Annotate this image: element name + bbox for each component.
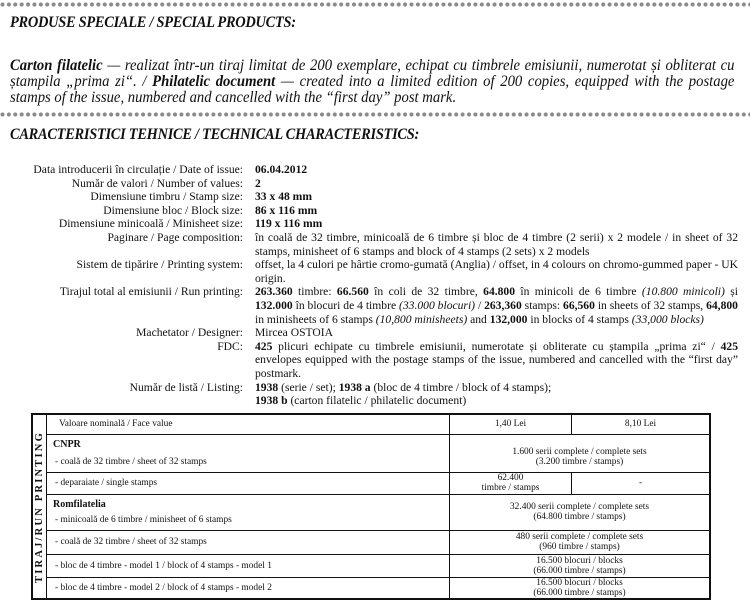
romfilatelia-mini-value: 32.400 serii complete / complete sets(64… [450, 494, 711, 530]
spec-value-text: 06.04.2012 [255, 163, 307, 176]
spec-label: Dimensiune bloc / Block size: [0, 204, 243, 218]
spec-date-of-issue: Data introducerii în circulație / Date o… [0, 163, 750, 177]
cell-line: 32.400 serii complete / complete sets [450, 502, 709, 512]
row-label: - minicoală de 6 timbre / minisheet of 6… [53, 515, 449, 525]
romfilatelia-block2-label: - bloc de 4 timbre - model 2 / block of … [47, 577, 450, 599]
table-row-romfilatelia-minisheet: Romfilatelia- minicoală de 6 timbre / mi… [32, 494, 710, 530]
spec-label: Machetator / Designer: [0, 326, 243, 340]
run-text: în blocuri de 4 timbre [293, 299, 399, 312]
spec-label: Paginare / Page composition: [0, 231, 243, 258]
table-row-romfilatelia-sheet: - coală de 32 timbre / sheet of 32 stamp… [32, 530, 710, 554]
cell-line: (64.800 timbre / stamps) [450, 512, 709, 522]
spec-value: 86 x 116 mm [255, 204, 738, 218]
run-text: in sheets of 32 stamps, [595, 299, 706, 312]
special-products-description: Carton filatelic — realizat într-un tira… [10, 58, 734, 106]
spec-value: Mircea OSTOIA [255, 326, 738, 340]
spec-label: Dimensiune minicoală / Minisheet size: [0, 217, 243, 231]
run-mini-count-en: (10,800 minisheets) [376, 313, 467, 326]
run-blocks-count-en: (33,000 blocks) [632, 313, 704, 326]
listing-number: 1938 [255, 381, 278, 394]
run-sheets-ro: 66.560 [337, 285, 369, 298]
run-text: in minisheets of 6 stamps [255, 313, 376, 326]
listing-number: 1938 a [339, 381, 371, 394]
spec-label: Număr de valori / Number of values: [0, 177, 243, 191]
technical-title: CARACTERISTICI TEHNICE / TECHNICAL CHARA… [10, 126, 419, 144]
special-products-title: PRODUSE SPECIALE / SPECIAL PRODUCTS: [10, 14, 296, 32]
spec-value: 119 x 116 mm [255, 217, 738, 231]
fdc-text: plicuri echipate cu timbrele emisiunii, … [272, 340, 720, 353]
cnpr-sheet-value: 1.600 serii complete / complete sets(3.2… [450, 434, 711, 472]
group-cnpr: CNPR [53, 440, 449, 450]
group-romfilatelia: Romfilatelia [53, 500, 449, 510]
side-label-cell: TIRAJ/RUN PRINTING [32, 414, 47, 599]
face-value-2: 8,10 Lei [572, 414, 711, 434]
cell-line: (66.000 timbre / stamps) [450, 566, 709, 576]
romfilatelia-mini-label: Romfilatelia- minicoală de 6 timbre / mi… [47, 494, 450, 530]
cell-line: 1.600 serii complete / complete sets [450, 447, 709, 457]
spec-printing-system: Sistem de tipărire / Printing system: of… [0, 258, 750, 285]
spec-fdc: FDC: 425 plicuri echipate cu timbrele em… [0, 340, 750, 381]
face-value-label: Valoare nominală / Face value [47, 414, 450, 434]
spec-block-size: Dimensiune bloc / Block size: 86 x 116 m… [0, 204, 750, 218]
cell-line: timbre / stamps [450, 483, 571, 493]
fdc-count-en: 425 [721, 340, 738, 353]
spec-value-text: 2 [255, 177, 261, 190]
spec-number-of-values: Număr de valori / Number of values: 2 [0, 177, 750, 191]
cell-line: (960 timbre / stamps) [450, 542, 709, 552]
spec-value: 263.360 timbre: 66.560 în coli de 32 tim… [255, 285, 738, 326]
romfilatelia-sheet-value: 480 serii complete / complete sets(960 t… [450, 530, 711, 554]
row-label: - coală de 32 timbre / sheet of 32 stamp… [53, 537, 449, 547]
run-blocks-ro: 132.000 [255, 299, 293, 312]
spec-value-text: 119 x 116 mm [255, 217, 322, 230]
romfilatelia-block1-label: - bloc de 4 timbre - model 1 / block of … [47, 554, 450, 577]
cnpr-sheet-label: CNPR- coală de 32 timbre / sheet of 32 s… [47, 434, 450, 472]
face-value-1: 1,40 Lei [450, 414, 572, 434]
spec-value: 2 [255, 177, 738, 191]
face-value-label-text: Valoare nominală / Face value [53, 419, 173, 429]
listing-number: 1938 b [255, 394, 288, 407]
table-row-romfilatelia-block2: - bloc de 4 timbre - model 2 / block of … [32, 577, 710, 599]
run-total-en: 263,360 [484, 299, 522, 312]
listing-text: (serie / set); [278, 381, 339, 394]
run-text: timbre: [293, 285, 337, 298]
spec-value: 06.04.2012 [255, 163, 738, 177]
spec-value-text: 86 x 116 mm [255, 204, 317, 217]
run-text: / [475, 299, 484, 312]
table-row-cnpr-single: - deparaiate / single stamps 62.400timbr… [32, 472, 710, 494]
romfilatelia-block1-value: 16.500 blocuri / blocks(66.000 timbre / … [450, 554, 711, 577]
spec-label: FDC: [0, 340, 243, 381]
spec-label: Data introducerii în circulație / Date o… [0, 163, 243, 177]
fdc-count-ro: 425 [255, 340, 272, 353]
spec-value: offset, la 4 culori pe hârtie cromo-guma… [255, 258, 738, 285]
listing-text: (bloc de 4 timbre / block of 4 stamps); [371, 381, 552, 394]
cell-line: 16.500 blocuri / blocks [450, 556, 709, 566]
run-mini-en: 64,800 [706, 299, 738, 312]
cell-line: 480 serii complete / complete sets [450, 532, 709, 542]
run-sheets-en: 66,560 [563, 299, 595, 312]
side-label: TIRAJ/RUN PRINTING [35, 431, 45, 583]
run-mini-ro: 64.800 [483, 285, 515, 298]
table-row-cnpr-sheet: CNPR- coală de 32 timbre / sheet of 32 s… [32, 434, 710, 472]
row-label: - bloc de 4 timbre - model 1 / block of … [53, 561, 449, 571]
run-blocks-count-ro: (33.000 blocuri) [399, 299, 475, 312]
spec-page-composition: Paginare / Page composition: în coală de… [0, 231, 750, 258]
run-blocks-en: 132,000 [490, 313, 528, 326]
run-text: and [467, 313, 490, 326]
spec-value: 425 plicuri echipate cu timbrele emisiun… [255, 340, 738, 381]
table-row-face-value: TIRAJ/RUN PRINTING Valoare nominală / Fa… [32, 414, 710, 434]
dotted-divider-top [0, 2, 750, 7]
cell-line: (3.200 timbre / stamps) [450, 457, 709, 467]
cell-line: (66.000 timbre / stamps) [450, 588, 709, 598]
run-text: în minicoli de 6 timbre [515, 285, 642, 298]
cell-line: 16.500 blocuri / blocks [450, 578, 709, 588]
spec-label: Tirajul total al emisiunii / Run printin… [0, 285, 243, 326]
run-text: și [725, 285, 738, 298]
fdc-text: envelopes equipped with the postage stam… [255, 353, 738, 380]
run-mini-count-ro: (10.800 minicoli) [642, 285, 725, 298]
run-text: în coli de 32 timbre, [369, 285, 483, 298]
listing-text: (carton filatelic / philatelic document) [288, 394, 467, 407]
cnpr-single-label: - deparaiate / single stamps [47, 472, 450, 494]
spec-label: Dimensiune timbru / Stamp size: [0, 190, 243, 204]
spec-run-printing: Tirajul total al emisiunii / Run printin… [0, 285, 750, 326]
run-text: stamps: [522, 299, 563, 312]
spec-designer: Machetator / Designer: Mircea OSTOIA [0, 326, 750, 340]
cell-line: 62.400 [450, 473, 571, 483]
row-label: - coală de 32 timbre / sheet of 32 stamp… [53, 457, 449, 467]
spec-label: Număr de listă / Listing: [0, 381, 243, 408]
cnpr-single-value-2: - [572, 472, 711, 494]
row-label: - deparaiate / single stamps [53, 478, 449, 488]
romfilatelia-sheet-label: - coală de 32 timbre / sheet of 32 stamp… [47, 530, 450, 554]
run-text: in blocks of 4 stamps [527, 313, 631, 326]
dotted-divider-middle [0, 112, 750, 117]
run-total-ro: 263.360 [255, 285, 293, 298]
row-label: - bloc de 4 timbre - model 2 / block of … [53, 583, 449, 593]
spec-value: 1938 (serie / set); 1938 a (bloc de 4 ti… [255, 381, 738, 408]
run-printing-table: TIRAJ/RUN PRINTING Valoare nominală / Fa… [31, 413, 711, 600]
romfilatelia-block2-value: 16.500 blocuri / blocks(66.000 timbre / … [450, 577, 711, 599]
spec-listing: Număr de listă / Listing: 1938 (serie / … [0, 381, 750, 408]
spec-value: 33 x 48 mm [255, 190, 738, 204]
carton-label-en: Philatelic document [152, 73, 275, 90]
table-row-romfilatelia-block1: - bloc de 4 timbre - model 1 / block of … [32, 554, 710, 577]
spec-stamp-size: Dimensiune timbru / Stamp size: 33 x 48 … [0, 190, 750, 204]
spec-value: în coală de 32 timbre, minicoală de 6 ti… [255, 231, 738, 258]
cnpr-single-value-1: 62.400timbre / stamps [450, 472, 572, 494]
spec-minisheet-size: Dimensiune minicoală / Minisheet size: 1… [0, 217, 750, 231]
spec-label: Sistem de tipărire / Printing system: [0, 258, 243, 285]
technical-specs: Data introducerii în circulație / Date o… [0, 163, 750, 408]
spec-value-text: 33 x 48 mm [255, 190, 312, 203]
carton-label-ro: Carton filatelic [10, 57, 103, 74]
